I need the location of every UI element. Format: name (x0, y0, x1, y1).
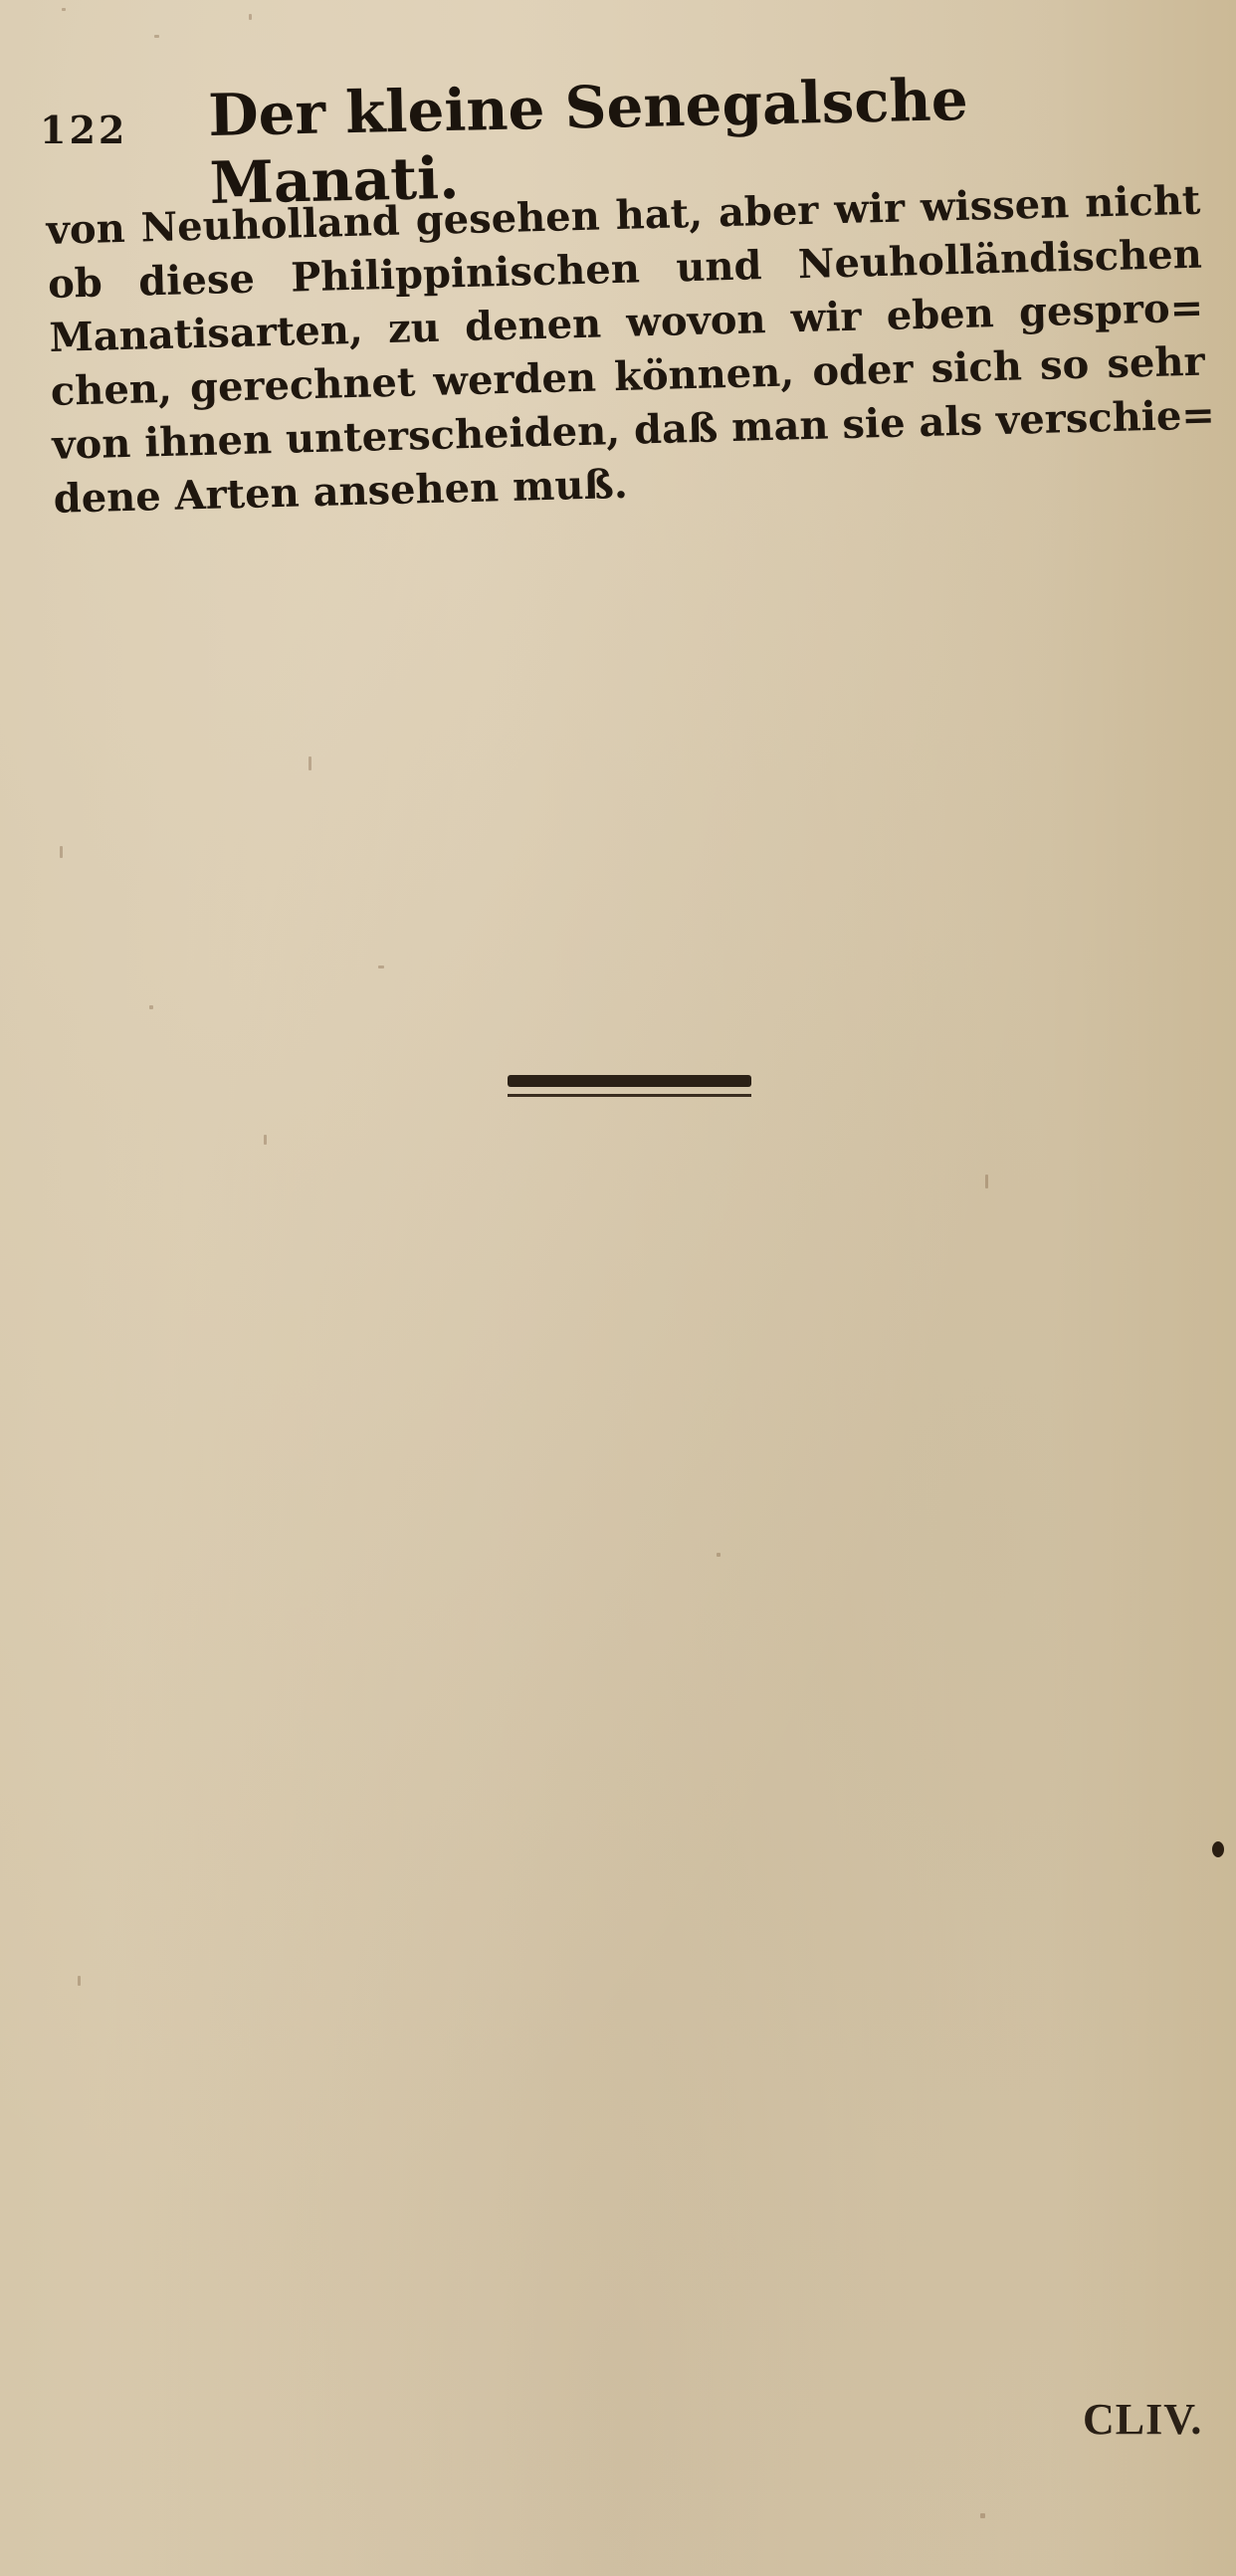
ink-spot (1212, 1841, 1224, 1857)
body-text: von Neuholland gesehen hat, aber wir wis… (46, 174, 1208, 527)
section-divider-rule (508, 1075, 751, 1097)
page-number: 122 (40, 107, 127, 152)
paper-speck (309, 756, 311, 770)
paper-speck (378, 966, 384, 968)
paper-speck (264, 1135, 267, 1145)
page-header: 122 Der kleine Senegalsche Manati. (40, 70, 1194, 159)
divider-thin-line (508, 1094, 751, 1097)
paper-speck (249, 14, 252, 20)
catchword: CLIV. (1083, 2394, 1202, 2445)
paper-speck (717, 1553, 721, 1557)
paper-speck (60, 846, 63, 858)
paper-speck (78, 1976, 81, 1986)
paper-speck (154, 35, 159, 38)
paper-speck (62, 8, 66, 11)
paper-speck (149, 1005, 153, 1009)
divider-thick-line (508, 1075, 751, 1087)
paper-speck (980, 2513, 985, 2518)
paper-speck (985, 1175, 988, 1188)
book-page: 122 Der kleine Senegalsche Manati. von N… (0, 0, 1236, 2576)
